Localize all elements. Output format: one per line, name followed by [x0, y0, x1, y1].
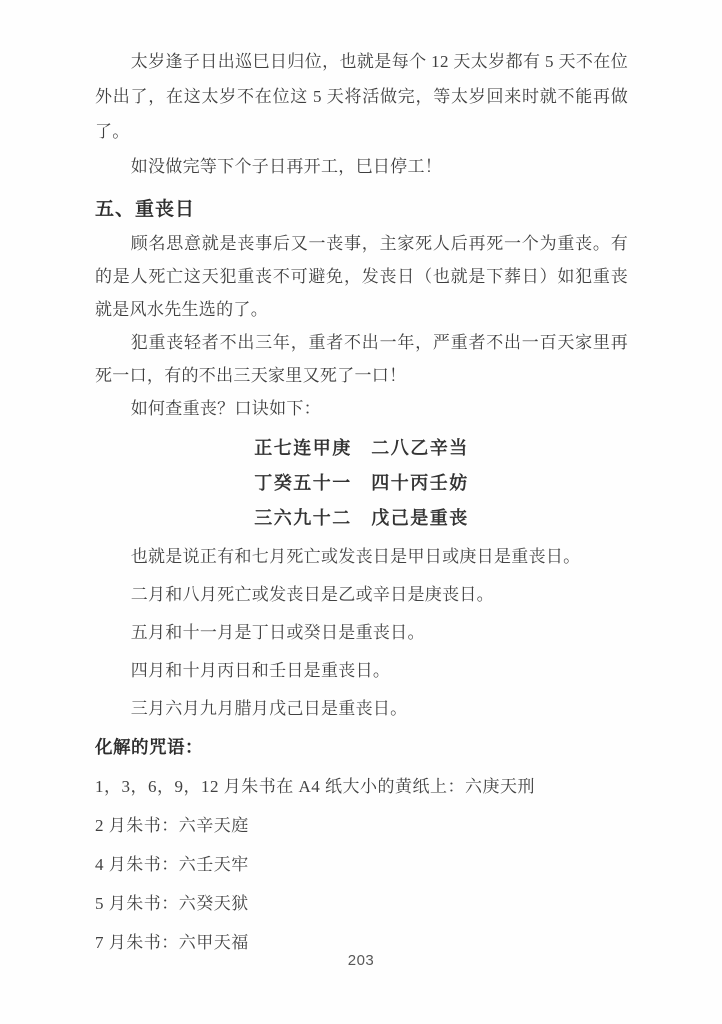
remedy-line-3: 4 月朱书：六壬天牢 — [95, 845, 628, 884]
paragraph-taisui-patrol: 太岁逢子日出巡巳日归位，也就是每个 12 天太岁都有 5 天不在位外出了，在这太… — [95, 44, 628, 149]
explanation-line-3: 五月和十一月是丁日或癸日是重丧日。 — [95, 614, 628, 652]
paragraph-consequence: 犯重丧轻者不出三年，重者不出一年，严重者不出一百天家里再死一口，有的不出三天家里… — [95, 326, 628, 392]
verse-line-1: 正七连甲庚 二八乙辛当 — [95, 431, 628, 466]
remedy-line-2: 2 月朱书：六辛天庭 — [95, 806, 628, 845]
paragraph-howto-check: 如何查重丧？口诀如下： — [95, 392, 628, 425]
remedy-list: 1，3，6，9，12 月朱书在 A4 纸大小的黄纸上：六庚天刑 2 月朱书：六辛… — [95, 767, 628, 962]
explanation-line-5: 三月六月九月腊月戊己日是重丧日。 — [95, 690, 628, 728]
explanation-list: 也就是说正有和七月死亡或发丧日是甲日或庚日是重丧日。 二月和八月死亡或发丧日是乙… — [95, 538, 628, 728]
page-content: 太岁逢子日出巡巳日归位，也就是每个 12 天太岁都有 5 天不在位外出了，在这太… — [0, 0, 722, 962]
remedy-heading: 化解的咒语： — [95, 728, 628, 767]
verse-line-3: 三六九十二 戊己是重丧 — [95, 501, 628, 536]
explanation-line-1: 也就是说正有和七月死亡或发丧日是甲日或庚日是重丧日。 — [95, 538, 628, 576]
mnemonic-verse: 正七连甲庚 二八乙辛当 丁癸五十一 四十丙壬妨 三六九十二 戊己是重丧 — [95, 431, 628, 536]
explanation-line-2: 二月和八月死亡或发丧日是乙或辛日是庚丧日。 — [95, 576, 628, 614]
verse-line-2: 丁癸五十一 四十丙壬妨 — [95, 466, 628, 501]
book-page: 太岁逢子日出巡巳日归位，也就是每个 12 天太岁都有 5 天不在位外出了，在这太… — [0, 0, 722, 1024]
explanation-line-4: 四月和十月丙日和壬日是重丧日。 — [95, 652, 628, 690]
paragraph-restart-rule: 如没做完等下个子日再开工，巳日停工！ — [95, 149, 628, 184]
page-number: 203 — [0, 952, 722, 969]
remedy-line-1: 1，3，6，9，12 月朱书在 A4 纸大小的黄纸上：六庚天刑 — [95, 767, 628, 806]
remedy-line-4: 5 月朱书：六癸天狱 — [95, 884, 628, 923]
paragraph-definition: 顾名思意就是丧事后又一丧事，主家死人后再死一个为重丧。有的是人死亡这天犯重丧不可… — [95, 227, 628, 326]
section-heading-chongsang: 五、重丧日 — [95, 192, 628, 227]
